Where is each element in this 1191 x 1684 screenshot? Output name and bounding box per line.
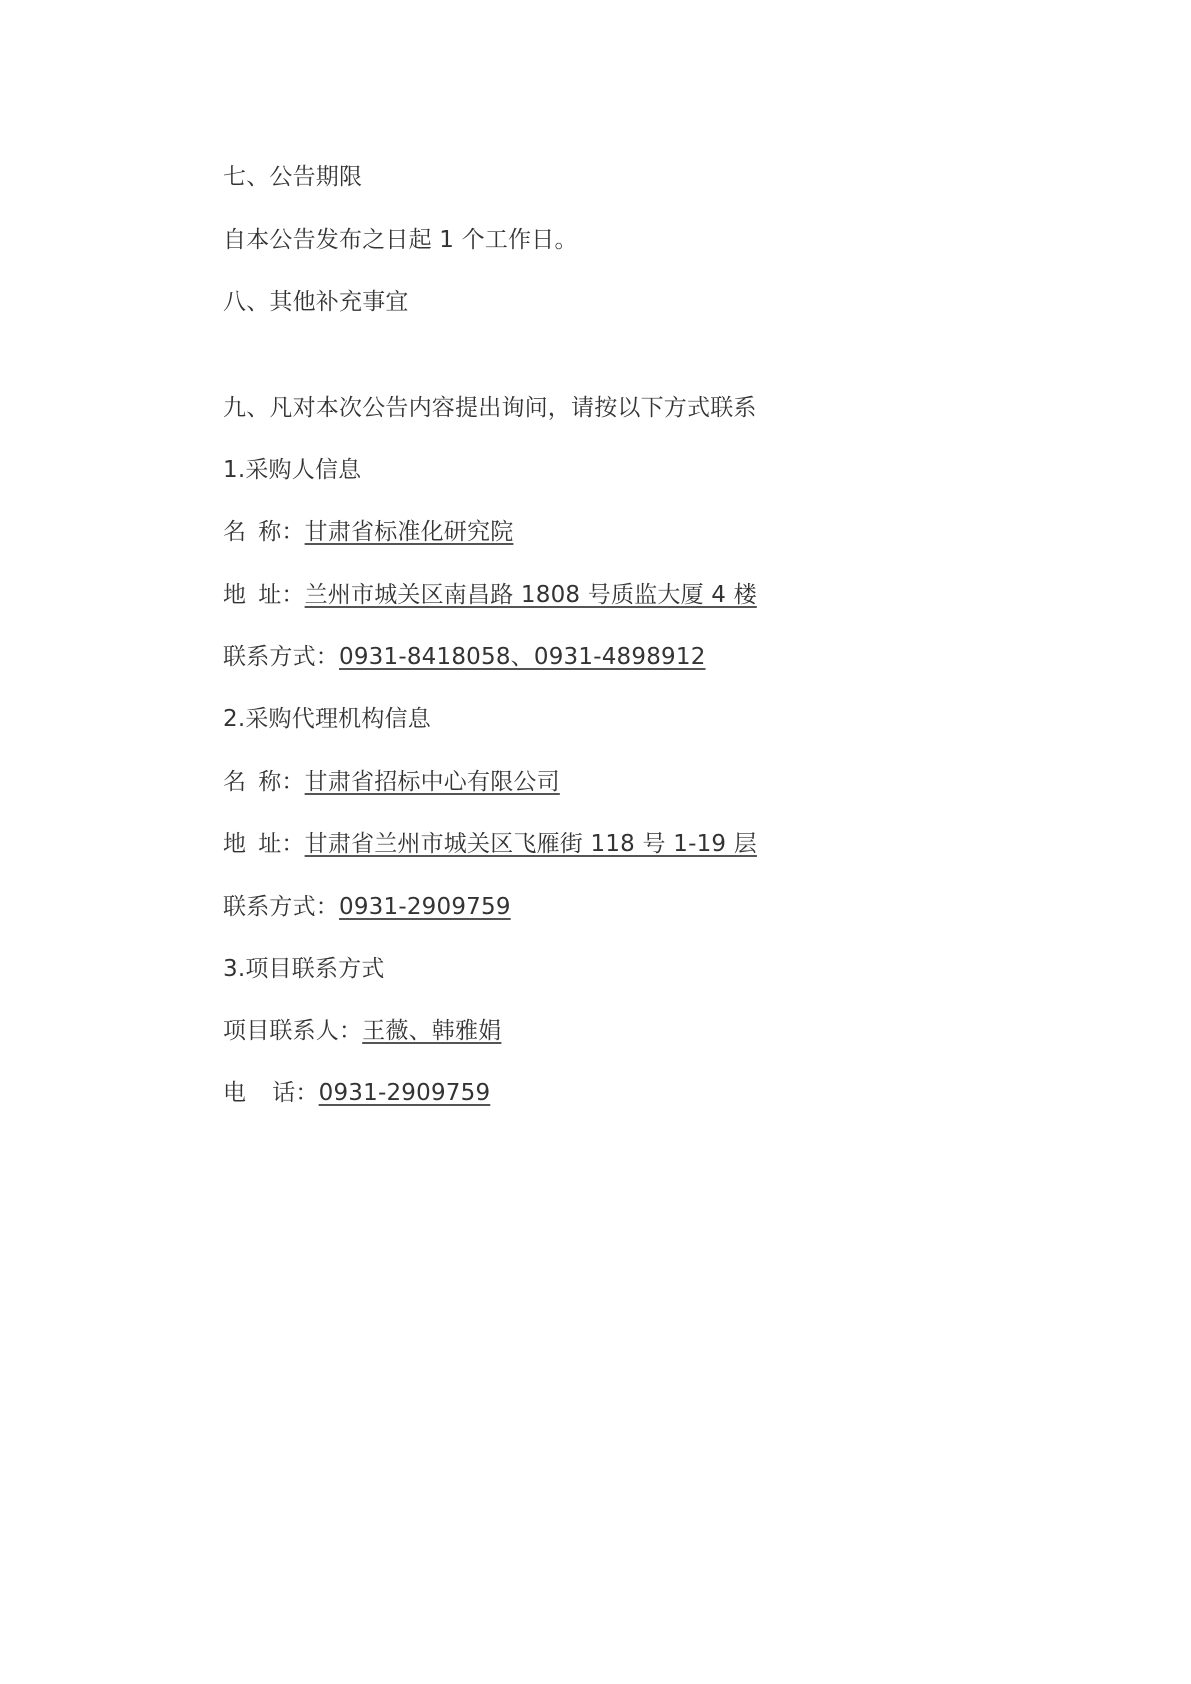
agency-name-label-a: 名 [223,769,246,795]
agency-name-label-b: 称： [258,769,304,795]
project-phone-label-a: 电 [223,1080,246,1106]
project-phone-value: 0931-2909759 [319,1080,491,1106]
agency-address-value: 甘肃省兰州市城关区飞雁街 118 号 1-19 层 [305,831,757,857]
purchaser-address-label-a: 地 [223,582,246,608]
agency-contact-value: 0931-2909759 [339,894,511,920]
section8-heading: 八、其他补充事宜 [223,286,409,318]
project-title: 3.项目联系方式 [223,953,385,985]
purchaser-contact-value: 0931-8418058、0931-4898912 [339,644,706,670]
section7-body: 自本公告发布之日起 1 个工作日。 [223,224,578,256]
agency-address-label-b: 址： [258,831,304,857]
purchaser-title: 1.采购人信息 [223,454,361,486]
agency-contact-label: 联系方式： [223,894,339,920]
project-person-value: 王薇、韩雅娟 [362,1018,501,1044]
purchaser-address-value: 兰州市城关区南昌路 1808 号质监大厦 4 楼 [305,582,757,608]
section7-heading: 七、公告期限 [223,161,362,193]
purchaser-address-label-b: 址： [258,582,304,608]
agency-name-row: 名称：甘肃省招标中心有限公司 [223,766,560,798]
purchaser-name-row: 名称：甘肃省标准化研究院 [223,516,513,548]
agency-title: 2.采购代理机构信息 [223,703,431,735]
agency-name-value: 甘肃省招标中心有限公司 [305,769,560,795]
document-page: 七、公告期限 自本公告发布之日起 1 个工作日。 八、其他补充事宜 九、凡对本次… [0,0,1191,1684]
project-phone-row: 电话：0931-2909759 [223,1077,490,1109]
purchaser-contact-row: 联系方式：0931-8418058、0931-4898912 [223,641,706,673]
purchaser-name-label-a: 名 [223,519,246,545]
project-person-label: 项目联系人： [223,1018,362,1044]
purchaser-contact-label: 联系方式： [223,644,339,670]
agency-contact-row: 联系方式：0931-2909759 [223,891,511,923]
agency-address-row: 地址：甘肃省兰州市城关区飞雁街 118 号 1-19 层 [223,828,757,860]
purchaser-name-value: 甘肃省标准化研究院 [305,519,514,545]
purchaser-address-row: 地址：兰州市城关区南昌路 1808 号质监大厦 4 楼 [223,579,757,611]
section9-heading: 九、凡对本次公告内容提出询问，请按以下方式联系 [223,392,757,424]
project-phone-label-b: 话： [272,1080,318,1106]
agency-address-label-a: 地 [223,831,246,857]
purchaser-name-label-b: 称： [258,519,304,545]
project-person-row: 项目联系人：王薇、韩雅娟 [223,1015,501,1047]
